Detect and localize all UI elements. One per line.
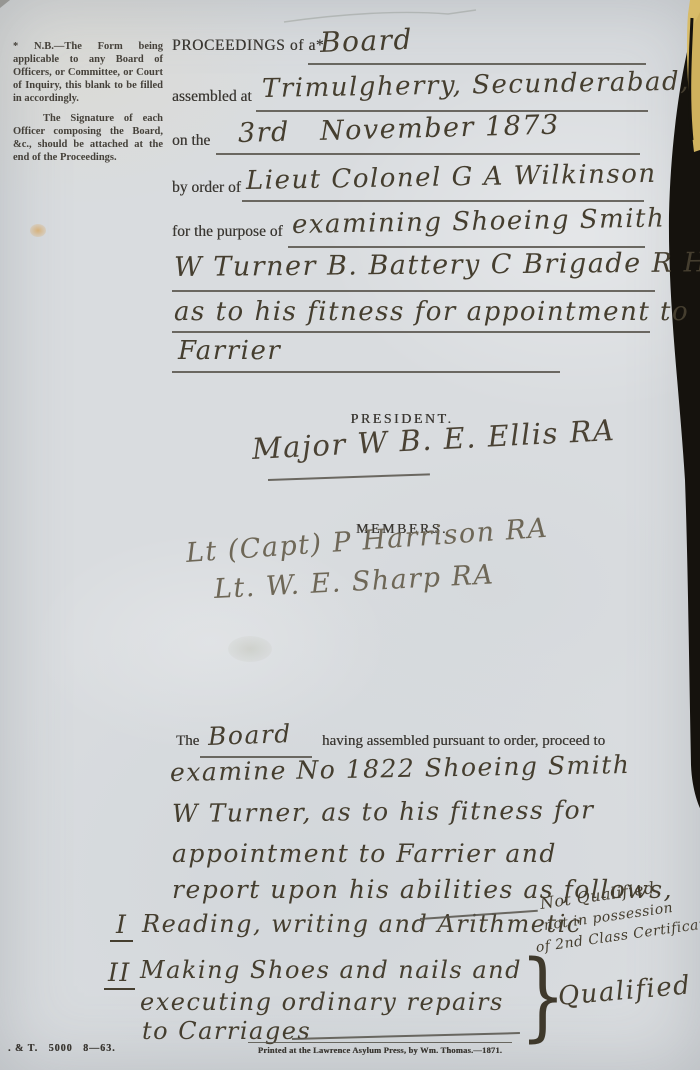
signature-underline (268, 473, 430, 480)
on-the-label: on the (172, 132, 210, 150)
printer-imprint: Printed at the Lawrence Asylum Press, by… (240, 1045, 520, 1055)
purpose-label: for the purpose of (172, 223, 283, 241)
footer-print-code: . & T. 5000 8—63. (8, 1043, 116, 1054)
margin-note-signature: The Signature of each Officer composing … (13, 112, 163, 164)
handwritten-ordering-officer: Lieut Colonel G A Wilkinson (246, 159, 657, 196)
handwritten-date: 3rd November 1873 (238, 110, 560, 149)
margin-note-applicability: * N.B.—The Form being applicable to any … (13, 40, 163, 105)
trailing-dash (292, 1032, 520, 1040)
item1-numeral: I (110, 910, 133, 942)
handwritten-body-line2: W Turner, as to his fitness for (172, 795, 595, 828)
paper-stain (30, 224, 46, 237)
blank-rule (256, 110, 648, 112)
handwritten-board-type: Board (319, 23, 413, 59)
handwritten-board-body: Board (207, 719, 292, 751)
blank-rule (288, 246, 645, 248)
blank-rule (172, 290, 655, 292)
paper-stain (228, 636, 272, 662)
member-signature: Lt. W. E. Sharp RA (213, 559, 495, 605)
handwritten-body-line3: appointment to Farrier and (172, 839, 557, 868)
body-lead-rest: having assembled pursuant to order, proc… (322, 733, 605, 750)
imprint-rule (248, 1042, 512, 1043)
handwritten-purpose-line2: W Turner B. Battery C Brigade R H A. (174, 247, 700, 283)
scanned-document-page: * N.B.—The Form being applicable to any … (0, 0, 700, 1070)
handwritten-purpose-line3: as to his fitness for appointment to (174, 297, 689, 327)
handwritten-location: Trimulgherry, Secunderabad, (262, 67, 690, 104)
item2-line3: to Carriages (142, 1017, 311, 1045)
blank-rule (308, 63, 646, 65)
blank-rule (216, 153, 640, 155)
body-lead-label: The (176, 733, 199, 750)
blank-rule (242, 200, 644, 202)
by-order-of-label: by order of (172, 179, 241, 197)
item2-line2: executing ordinary repairs (140, 988, 504, 1016)
handwritten-purpose-line4: Farrier (178, 336, 281, 366)
blank-rule (172, 331, 650, 333)
corner-smudge (0, 0, 10, 8)
proceedings-label: PROCEEDINGS of a* (172, 37, 324, 55)
blank-rule (172, 371, 560, 373)
assembled-at-label: assembled at (172, 88, 252, 106)
handwritten-purpose-line1: examining Shoeing Smith (292, 203, 666, 240)
item2-numeral: II (104, 958, 135, 990)
item2-line1: Making Shoes and nails and (140, 956, 522, 984)
item1-text: Reading, writing and Arithmetic (142, 910, 582, 938)
